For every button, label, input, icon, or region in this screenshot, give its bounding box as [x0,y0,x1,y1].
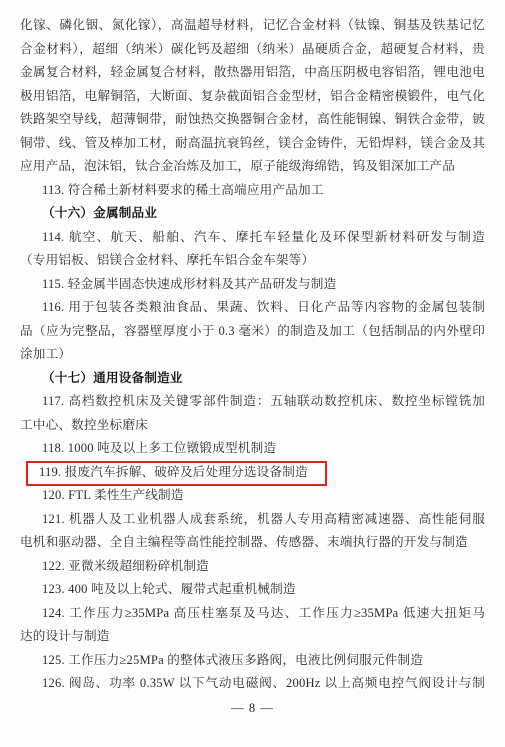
body-text-line: 化镓、磷化铟、氮化镓），高温超导材料，记忆合金材料（钛镍、铜基及铁基记忆 [20,14,485,38]
list-item-118: 118. 1000 吨及以上多工位镦锻成型机制造 [20,437,485,461]
highlight-box: 119. 报废汽车拆解、破碎及后处理分选设备制造 [26,461,327,486]
list-item-121: 121. 机器人及工业机器人成套系统，机器人专用高精密减速器、高性能伺服 [20,508,485,532]
list-item-114: 114. 航空、航天、船舶、汽车、摩托车轻量化及环保型新材料研发与制造 [20,226,485,250]
list-item-117-continued: 工中心、数控坐标磨床 [20,414,485,438]
list-item-125: 125. 工作压力≥25MPa 的整体式液压多路阀，电液比例伺服元件制造 [20,649,485,673]
list-item-113: 113. 符合稀土新材料要求的稀土高端应用产品加工 [20,179,485,203]
list-item-116-continued: 品（应为完整品，容器壁厚度小于 0.3 毫米）的制造及加工（包括制品的内外壁印 [20,320,485,344]
list-item-116-continued: 涂加工） [20,343,485,367]
body-text-line: 铁路架空导线，超薄铜带，耐蚀热交换器铜合金材，高性能铜镍、铜铁合金带，铍 [20,108,485,132]
list-item-121-continued: 电机和驱动器、全自主编程等高性能控制器、传感器、末端执行器的开发与制造 [20,531,485,555]
document-body: 化镓、磷化铟、氮化镓），高温超导材料，记忆合金材料（钛镍、铜基及铁基记忆 合金材… [20,14,485,696]
list-item-123: 123. 400 吨及以上轮式、履带式起重机械制造 [20,578,485,602]
body-text-line: 合金材料），超细（纳米）碳化钙及超细（纳米）晶硬质合金，超硬复合材料，贵 [20,38,485,62]
document-page: 化镓、磷化铟、氮化镓），高温超导材料，记忆合金材料（钛镍、铜基及铁基记忆 合金材… [0,0,505,747]
list-item-115: 115. 轻金属半固态快速成形材料及其产品研发与制造 [20,273,485,297]
list-item-120: 120. FTL 柔性生产线制造 [20,484,485,508]
page-number: — 8 — [0,701,505,716]
list-item-119-text: 119. 报废汽车拆解、破碎及后处理分选设备制造 [39,465,308,479]
list-item-114-continued: （专用铝板、铝镁合金材料、摩托车铝合金车架等） [20,249,485,273]
body-text-line: 铜带、线、管及棒加工材，耐高温抗衰钨丝，镁合金铸件，无铅焊料，镁合金及其 [20,132,485,156]
list-item-124-continued: 达的设计与制造 [20,625,485,649]
list-item-116: 116. 用于包装各类粮油食品、果蔬、饮料、日化产品等内容物的金属包装制 [20,296,485,320]
section-heading-16: （十六）金属制品业 [20,202,485,226]
list-item-122: 122. 亚微米级超细粉碎机制造 [20,555,485,579]
list-item-119: 119. 报废汽车拆解、破碎及后处理分选设备制造 [20,461,485,485]
section-heading-17: （十七）通用设备制造业 [20,367,485,391]
body-text-line: 金属复合材料，轻金属复合材料，散热器用铝箔，中高压阴极电容铝箔，锂电池电 [20,61,485,85]
body-text-line: 应用产品，泡沫铝，钛合金冶炼及加工，原子能级海绵锆，钨及钼深加工产品 [20,155,485,179]
body-text-line: 极用铝箔，电解铜箔，大断面、复杂截面铝合金型材，铝合金精密模锻件，电气化 [20,85,485,109]
list-item-124: 124. 工作压力≥35MPa 高压柱塞泵及马达、工作压力≥35MPa 低速大扭… [20,602,485,626]
list-item-126: 126. 阀岛、功率 0.35W 以下气动电磁阀、200Hz 以上高频电控气阀设… [20,672,485,696]
list-item-117: 117. 高档数控机床及关键零部件制造：五轴联动数控机床、数控坐标镗铣加 [20,390,485,414]
